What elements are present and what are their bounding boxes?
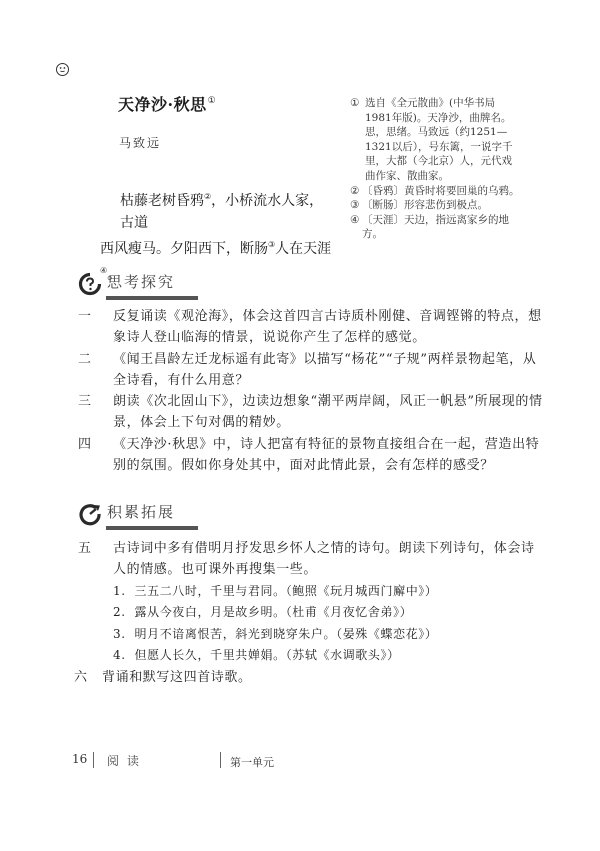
extend-questions: 五 古诗词中多有借明月抒发思乡怀人之情的诗句。朗读下列诗句，体会诗人的情感。也可… [78, 538, 548, 688]
poem-line: 枯藤老树昏鸦②，小桥流水人家，古道 [120, 186, 332, 234]
question-item: 三 朗读《次北固山下》，边读边想象“潮平两岸阔，风正一帆悬”所展现的情景，体会上… [78, 391, 548, 434]
section-title: 思考探究 [107, 271, 175, 292]
page-number: 16 [72, 752, 87, 766]
circular-arrow-icon [78, 502, 102, 526]
footnote: ③ 〔断肠〕形容悲伤到极点。 [350, 198, 520, 213]
poem-author: 马致远 [119, 134, 161, 151]
section-underline [106, 526, 198, 530]
question-item: 二 《闻王昌龄左迁龙标遥有此寄》以描写“杨花”“子规”两样景物起笔，从全诗看，有… [78, 349, 548, 392]
verse-item: 3. 明月不谙离恨苦，斜光到晓穿朱户。（晏殊《蝶恋花》） [78, 624, 548, 646]
footnote-ref: ① [208, 96, 217, 106]
footnote: ① 选自《全元散曲》(中华书局1981年版)。天净沙，曲牌名。思，思绪。马致远（… [350, 96, 520, 184]
think-questions: 一 反复诵读《观沧海》，体会这首四言古诗质朴刚健、音调铿锵的特点，想象诗人登山临… [78, 306, 548, 476]
section-underline [106, 296, 198, 300]
footer-section: 阅 读 [107, 752, 141, 769]
smiley-face-icon [56, 63, 69, 76]
footer-divider [93, 752, 94, 768]
footnote: ④ 〔天涯〕天边，指远离家乡的地方。 [350, 213, 520, 242]
question-item: 四 《天净沙·秋思》中，诗人把富有特征的景物直接组合在一起，营造出特别的氛围。假… [78, 434, 548, 477]
question-item: 六 背诵和默写这四首诗歌。 [74, 667, 548, 688]
verse-item: 4. 但愿人长久，千里共婵娟。（苏轼《水调歌头》） [78, 645, 548, 667]
poem-title-text: 天净沙·秋思 [118, 95, 207, 114]
footnote: ② 〔昏鸦〕黄昏时将要回巢的乌鸦。 [350, 184, 520, 199]
question-item: 一 反复诵读《观沧海》，体会这首四言古诗质朴刚健、音调铿锵的特点，想象诗人登山临… [78, 306, 548, 349]
question-item: 五 古诗词中多有借明月抒发思乡怀人之情的诗句。朗读下列诗句，体会诗人的情感。也可… [78, 538, 548, 581]
section-header-extend: 积累拓展 [78, 500, 218, 532]
verse-item: 2. 露从今夜白，月是故乡明。（杜甫《月夜忆舍弟》） [78, 602, 548, 624]
section-header-think: 思考探究 [78, 270, 218, 302]
footnotes: ① 选自《全元散曲》(中华书局1981年版)。天净沙，曲牌名。思，思绪。马致远（… [350, 96, 520, 242]
footer-unit: 第一单元 [230, 754, 274, 770]
poem-title: 天净沙·秋思① [118, 92, 216, 115]
question-mark-circle-icon [78, 272, 102, 296]
section-title: 积累拓展 [107, 501, 175, 522]
verse-item: 1. 三五二八时，千里与君同。（鲍照《玩月城西门廨中》） [78, 581, 548, 603]
footer-divider [220, 752, 221, 768]
